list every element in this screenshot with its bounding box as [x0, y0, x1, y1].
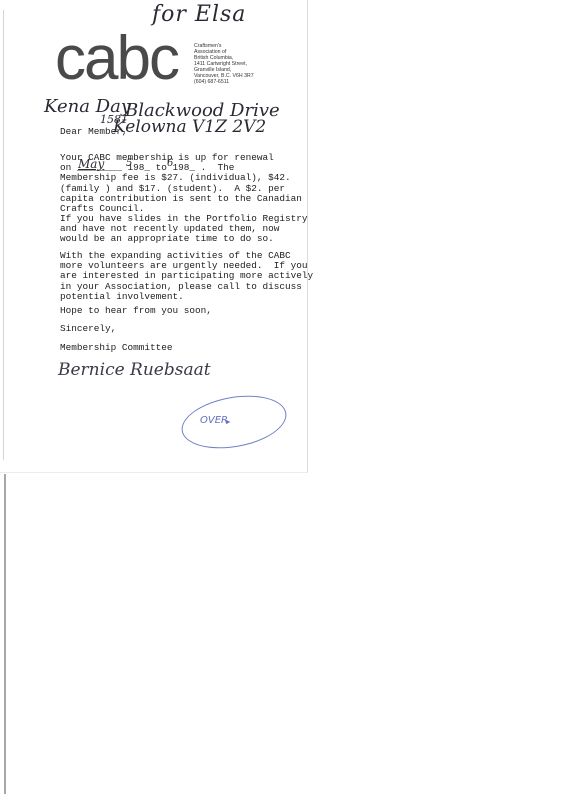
cabc-logo: cabc	[55, 28, 178, 90]
closing-line: Hope to hear from you soon,	[60, 306, 212, 316]
handwritten-over-note: OVER	[200, 415, 228, 426]
address-line: (604) 687-6511	[194, 79, 254, 85]
page-edge-left-bottom	[4, 474, 6, 794]
handwritten-signature: Bernice Ruebsaat	[58, 360, 211, 380]
sign-off: Sincerely,	[60, 324, 116, 334]
page-edge-left-top	[3, 10, 4, 460]
handwritten-year-from: 5	[126, 158, 132, 169]
signatory: Membership Committee	[60, 343, 173, 353]
handwritten-renewal-month: May	[78, 157, 104, 171]
salutation: Dear Member,	[60, 127, 128, 137]
paragraph-volunteers: With the expanding activities of the CAB…	[60, 251, 313, 302]
handwritten-year-to: 6	[167, 158, 173, 169]
paragraph-portfolio: If you have slides in the Portfolio Regi…	[60, 214, 308, 245]
letterhead-address: Craftsmen's Association of British Colum…	[194, 43, 254, 85]
handwritten-recipient-city: Kelowna V1Z 2V2	[113, 117, 266, 137]
arrow-right-icon: ►	[226, 419, 230, 427]
